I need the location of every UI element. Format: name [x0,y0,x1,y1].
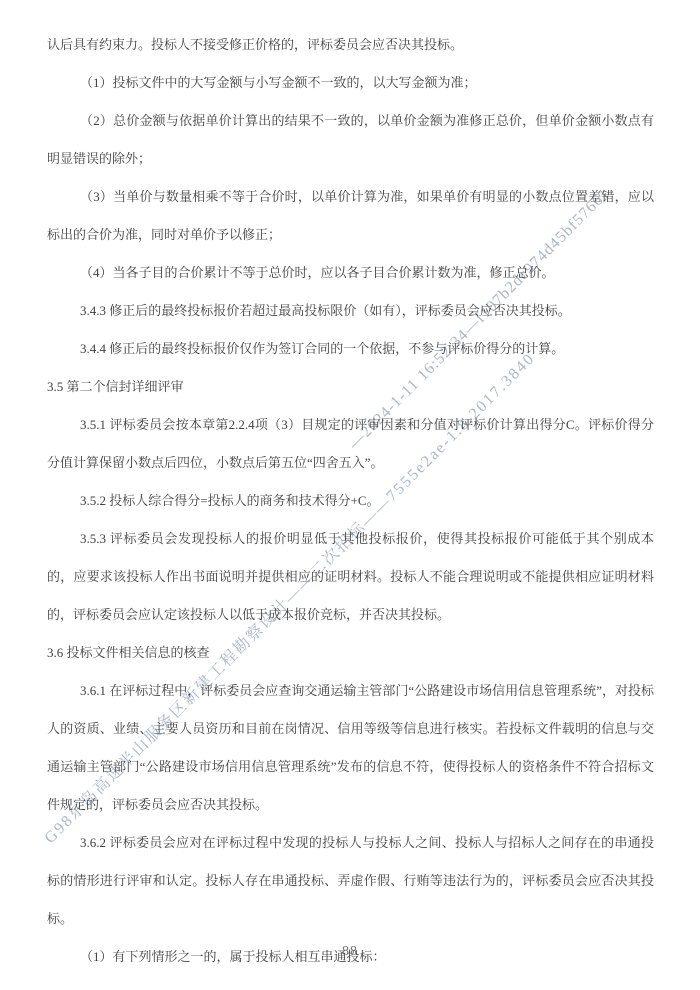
document-body: 认后具有约束力。投标人不接受修正价格的，评标委员会应否决其投标。（1）投标文件中… [47,26,654,976]
document-page: G98东岛高速半山服务区新建工程勘察设计——二次招标——7555e2ae-1.8… [0,0,700,990]
page-number: 88 [0,944,700,960]
paragraph: 3.4.4 修正后的最终投标报价仅作为签订合同的一个依据，不参与评标价得分的计算… [47,330,654,368]
paragraph: 3.5.3 评标委员会发现投标人的报价明显低于其他投标报价，使得其投标报价可能低… [47,520,654,634]
paragraph: 3.6 投标文件相关信息的核查 [47,634,654,672]
paragraph: （4）当各子目的合价累计不等于总价时，应以各子目合价累计数为准，修正总价。 [47,254,654,292]
paragraph: 3.5.2 投标人综合得分=投标人的商务和技术得分+C。 [47,482,654,520]
paragraph: 认后具有约束力。投标人不接受修正价格的，评标委员会应否决其投标。 [47,26,654,64]
paragraph: 3.6.2 评标委员会应对在评标过程中发现的投标人与投标人之间、投标人与招标人之… [47,824,654,938]
paragraph: （1）投标文件中的大写金额与小写金额不一致的，以大写金额为准； [47,64,654,102]
paragraph: （2）总价金额与依据单价计算出的结果不一致的，以单价金额为准修正总价，但单价金额… [47,102,654,178]
paragraph: 3.5.1 评标委员会按本章第2.2.4项（3）目规定的评审因素和分值对评标价计… [47,406,654,482]
paragraph: 3.6.1 在评标过程中，评标委员会应查询交通运输主管部门“公路建设市场信用信息… [47,672,654,824]
paragraph: 3.5 第二个信封详细评审 [47,368,654,406]
paragraph: 3.4.3 修正后的最终投标报价若超过最高投标限价（如有），评标委员会应否决其投… [47,292,654,330]
paragraph: （3）当单价与数量相乘不等于合价时，以单价计算为准，如果单价有明显的小数点位置差… [47,178,654,254]
